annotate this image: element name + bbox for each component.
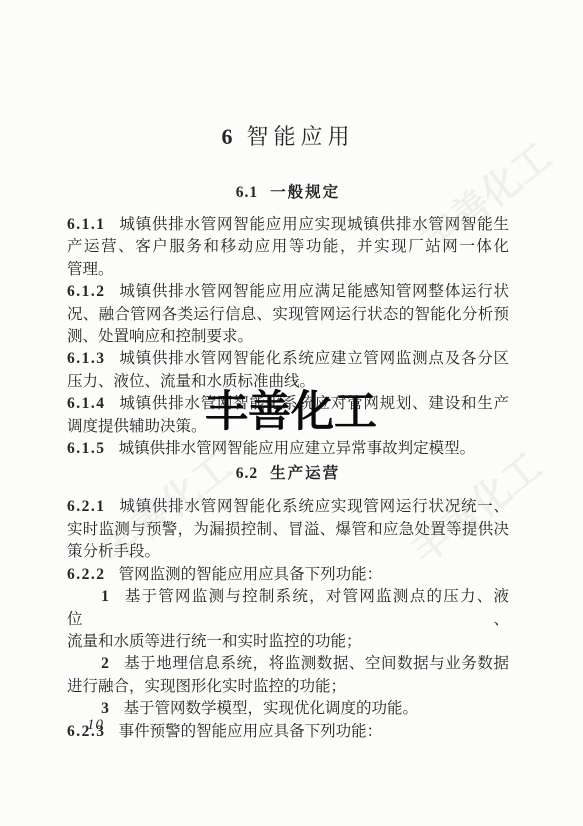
- watermark-overlay: 丰善化工: [205, 389, 377, 435]
- section-number: 6.2: [236, 465, 258, 482]
- item-text: 流量和水质等进行统一和实时监控的功能；: [67, 631, 509, 653]
- section-number: 6.1: [236, 184, 258, 201]
- section-title: 生产运营: [270, 465, 340, 482]
- item-number: 3: [101, 700, 110, 717]
- clause-label: 6.1.2: [67, 283, 106, 300]
- item-text: 基于管网数学模型，实现优化调度的功能。: [124, 700, 419, 717]
- section-body-6-2: 6.2.1城镇供排水管网智能化系统应实现管网运行状况统一、 实时监测与预警，为漏…: [67, 496, 509, 742]
- clause-6-1-2: 6.1.2城镇供排水管网智能应用应满足能感知管网整体运行状 况、融合管网各类运行…: [67, 281, 509, 348]
- clause-text: 管网监测的智能应用应具备下列功能：: [119, 566, 383, 583]
- section-heading-6-2: 6.2生产运营: [67, 464, 509, 484]
- list-item-1: 1基于管网监测与控制系统，对管网监测点的压力、液位、 流量和水质等进行统一和实时…: [67, 586, 509, 653]
- clause-label: 6.1.4: [67, 395, 106, 412]
- clause-text: 城镇供排水管网智能应用应实现城镇供排水管网智能生: [119, 216, 509, 233]
- list-item-2: 2基于地理信息系统，将监测数据、空间数据与业务数据 进行融合，实现图形化实时监控…: [67, 653, 509, 698]
- clause-text: 管理。: [67, 259, 509, 281]
- clause-text: 城镇供排水管网智能应用应建立异常事故判定模型。: [119, 440, 476, 457]
- clause-text: 实时监测与预警，为漏损控制、冒溢、爆管和应急处置等提供决: [67, 519, 509, 541]
- clause-label: 6.2.1: [67, 498, 106, 515]
- item-text: 进行融合，实现图形化实时监控的功能；: [67, 676, 509, 698]
- clause-label: 6.2.2: [67, 566, 106, 583]
- clause-6-1-1: 6.1.1城镇供排水管网智能应用应实现城镇供排水管网智能生 产运营、客户服务和移…: [67, 214, 509, 281]
- clause-text: 策分析手段。: [67, 541, 509, 563]
- item-number: 2: [101, 655, 110, 672]
- clause-text: 城镇供排水管网智能化系统应实现管网运行状况统一、: [119, 498, 509, 515]
- clause-text: 城镇供排水管网智能化系统应建立管网监测点及各分区: [119, 350, 509, 367]
- clause-6-2-2: 6.2.2管网监测的智能应用应具备下列功能：: [67, 564, 509, 586]
- page-number: 10: [87, 717, 104, 734]
- chapter-number: 6: [221, 124, 232, 149]
- clause-label: 6.1.3: [67, 350, 106, 367]
- item-number: 1: [101, 588, 110, 605]
- clause-text: 测、处置响应和控制要求。: [67, 326, 509, 348]
- clause-text: 产运营、客户服务和移动应用等功能，并实现厂站网一体化: [67, 236, 509, 258]
- item-text: 基于地理信息系统，将监测数据、空间数据与业务数据: [124, 655, 509, 672]
- clause-text: 况、融合管网各类运行信息、实现管网运行状态的智能化分析预: [67, 304, 509, 326]
- list-item-3: 3基于管网数学模型，实现优化调度的功能。: [67, 698, 509, 720]
- clause-label: 6.1.5: [67, 440, 106, 457]
- item-text: 基于管网监测与控制系统，对管网监测点的压力、液位、: [67, 588, 509, 627]
- section-title: 一般规定: [270, 184, 340, 201]
- clause-text: 事件预警的智能应用应具备下列功能：: [119, 723, 383, 740]
- chapter-title-text: 智能应用: [246, 124, 354, 149]
- clause-6-2-3: 6.2.3事件预警的智能应用应具备下列功能：: [67, 721, 509, 743]
- clause-6-1-5: 6.1.5城镇供排水管网智能应用应建立异常事故判定模型。: [67, 438, 509, 460]
- section-heading-6-1: 6.1一般规定: [67, 183, 509, 203]
- clause-label: 6.1.1: [67, 216, 106, 233]
- clause-6-1-3: 6.1.3城镇供排水管网智能化系统应建立管网监测点及各分区 压力、液位、流量和水…: [67, 348, 509, 393]
- chapter-title: 6智能应用: [67, 122, 509, 152]
- clause-text: 城镇供排水管网智能应用应满足能感知管网整体运行状: [119, 283, 509, 300]
- document-page: 6智能应用 6.1一般规定 6.1.1城镇供排水管网智能应用应实现城镇供排水管网…: [0, 0, 583, 826]
- clause-6-2-1: 6.2.1城镇供排水管网智能化系统应实现管网运行状况统一、 实时监测与预警，为漏…: [67, 496, 509, 563]
